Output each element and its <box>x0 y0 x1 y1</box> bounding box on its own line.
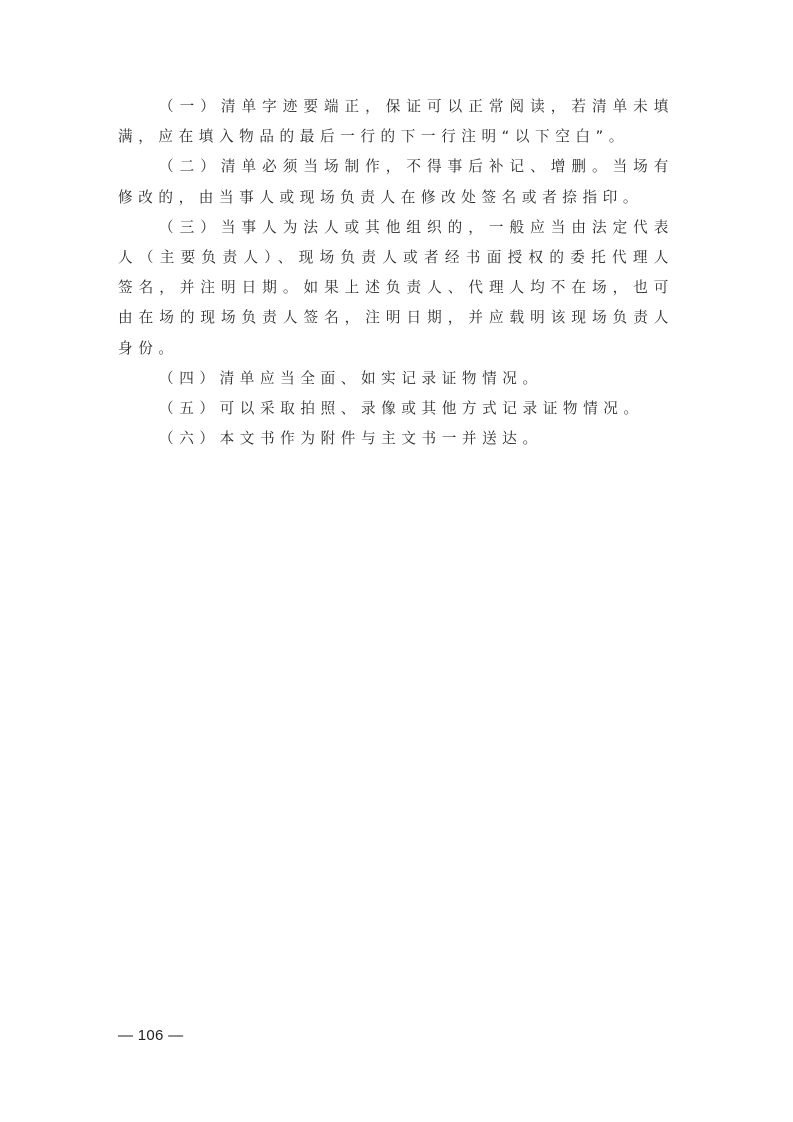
paragraph-label: （三） <box>159 219 221 236</box>
paragraph-label: （五） <box>159 400 220 417</box>
paragraph-4: （四）清单应当全面、如实记录证物情况。 <box>118 364 674 394</box>
paragraph-2: （二）清单必须当场制作，不得事后补记、增删。当场有修改的，由当事人或现场负责人在… <box>118 152 674 212</box>
paragraph-label: （二） <box>159 158 221 175</box>
paragraph-text: 本文书作为附件与主文书一并送达。 <box>220 430 543 447</box>
document-body: （一）清单字迹要端正，保证可以正常阅读，若清单未填满，应在填入物品的最后一行的下… <box>118 92 674 454</box>
paragraph-label: （一） <box>159 98 221 115</box>
paragraph-1: （一）清单字迹要端正，保证可以正常阅读，若清单未填满，应在填入物品的最后一行的下… <box>118 92 674 152</box>
paragraph-label: （六） <box>159 430 220 447</box>
paragraph-text: 清单应当全面、如实记录证物情况。 <box>220 370 543 387</box>
paragraph-3: （三）当事人为法人或其他组织的，一般应当由法定代表人（主要负责人）、现场负责人或… <box>118 213 674 364</box>
paragraph-text: 当事人为法人或其他组织的，一般应当由法定代表人（主要负责人）、现场负责人或者经书… <box>118 219 674 357</box>
paragraph-6: （六）本文书作为附件与主文书一并送达。 <box>118 424 674 454</box>
page-number: — 106 — <box>118 1027 183 1044</box>
paragraph-5: （五）可以采取拍照、录像或其他方式记录证物情况。 <box>118 394 674 424</box>
paragraph-text: 可以采取拍照、录像或其他方式记录证物情况。 <box>220 400 644 417</box>
paragraph-label: （四） <box>159 370 220 387</box>
